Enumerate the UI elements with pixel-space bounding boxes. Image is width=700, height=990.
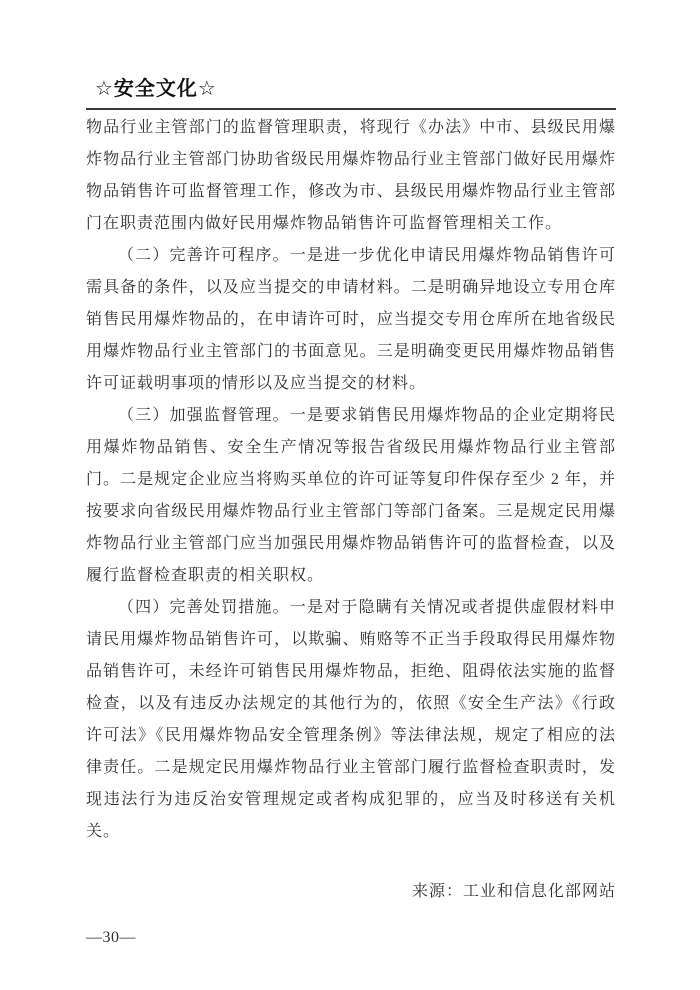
paragraph: （四）完善处罚措施。一是对于隐瞒有关情况或者提供虚假材料申请民用爆炸物品销售许可… [86, 592, 616, 848]
page-header: ☆安全文化☆ [86, 78, 616, 110]
paragraph: （三）加强监督管理。一是要求销售民用爆炸物品的企业定期将民用爆炸物品销售、安全生… [86, 400, 616, 592]
section-header-title: ☆安全文化☆ [86, 78, 616, 100]
document-body: 物品行业主管部门的监督管理职责，将现行《办法》中市、县级民用爆炸物品行业主管部门… [86, 112, 616, 848]
document-page: ☆安全文化☆ 物品行业主管部门的监督管理职责，将现行《办法》中市、县级民用爆炸物… [0, 0, 700, 990]
paragraph: 物品行业主管部门的监督管理职责，将现行《办法》中市、县级民用爆炸物品行业主管部门… [86, 112, 616, 240]
source-attribution: 来源：工业和信息化部网站 [86, 876, 616, 908]
header-divider [86, 108, 616, 110]
page-number: —30— [86, 922, 616, 954]
paragraph: （二）完善许可程序。一是进一步优化申请民用爆炸物品销售许可需具备的条件，以及应当… [86, 240, 616, 400]
